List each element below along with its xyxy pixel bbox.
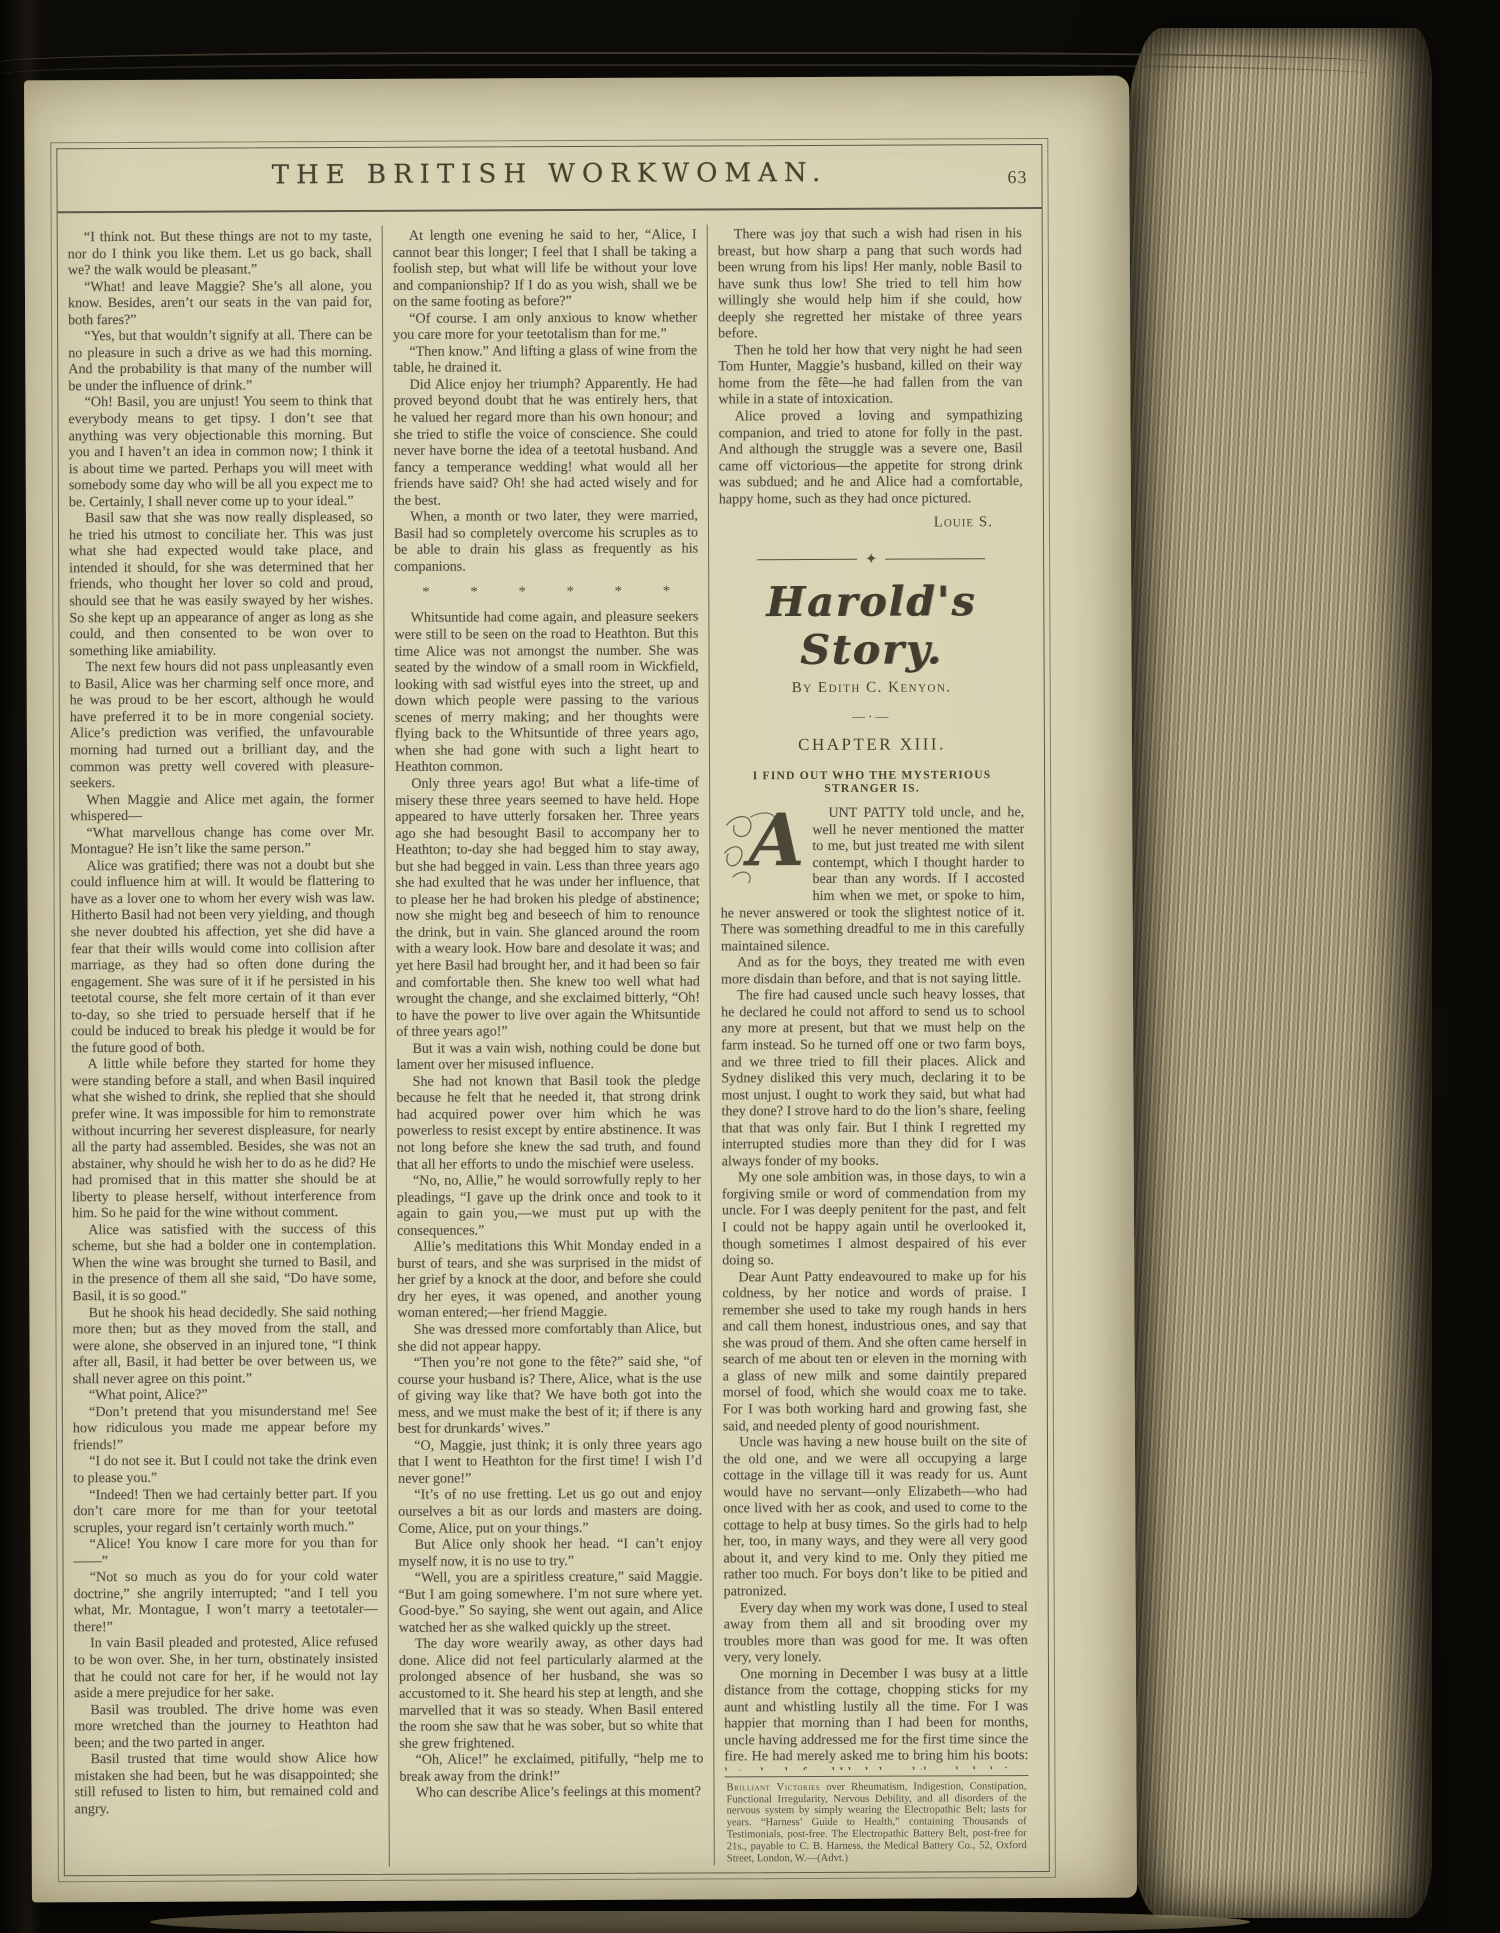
paragraph: “What point, Alice?”: [73, 1386, 377, 1404]
chapter-subtitle: I FIND OUT WHO THE MYSTERIOUS STRANGER I…: [720, 768, 1024, 795]
byline-divider: —·—: [720, 708, 1024, 725]
paragraph: And as for the boys, they treated me wit…: [721, 953, 1025, 987]
page-frame: THE BRITISH WORKWOMAN. 63 “I think not. …: [56, 144, 1050, 1876]
story-opening-paragraph: A UNT PATTY told uncle, and he, well he …: [720, 804, 1025, 954]
divider-line-left: [757, 558, 857, 560]
paragraph: A little while before they started for h…: [71, 1055, 376, 1222]
paragraph: “Not so much as you do for your cold wat…: [74, 1568, 378, 1636]
story-signature: Louie S.: [719, 506, 1023, 534]
story-title: Harold's Story.: [719, 577, 1023, 674]
paragraph: When, a month or two later, they were ma…: [394, 508, 698, 576]
paragraph: In vain Basil pleaded and protested, Ali…: [74, 1634, 378, 1702]
book-page: THE BRITISH WORKWOMAN. 63 “I think not. …: [24, 76, 1137, 1903]
column-3-text: There was joy that such a wish had risen…: [718, 225, 1029, 1770]
ornament-divider: ✦: [719, 549, 1023, 568]
asterisk: *: [663, 584, 671, 601]
paragraph: But he shook his head decidedly. She sai…: [72, 1303, 376, 1387]
asterisk: *: [470, 585, 478, 602]
paragraph: “It’s of no use fretting. Let us go out …: [398, 1486, 702, 1537]
paragraph: Basil saw that she was now really disple…: [69, 509, 374, 659]
paragraph: But it was a vain wish, nothing could be…: [396, 1039, 700, 1073]
paragraph: “Then you’re not gone to the fête?” said…: [398, 1354, 702, 1438]
masthead-rule: [58, 207, 1042, 213]
paragraph: The day wore wearily away, as other days…: [399, 1635, 704, 1752]
paragraph: “What marvellous change has come over Mr…: [70, 824, 374, 858]
paragraph: “Then know.” And lifting a glass of wine…: [393, 342, 697, 376]
drop-cap-ornament: A: [720, 807, 806, 891]
paragraph: “Don’t pretend that you misunderstand me…: [73, 1403, 377, 1454]
asterisk: *: [422, 585, 430, 602]
column-1: “I think not. But these things are not t…: [58, 222, 389, 1868]
chapter-heading: CHAPTER XIII.: [720, 734, 1024, 755]
advert-lead: Brilliant Victories: [726, 1782, 820, 1793]
paragraph: Uncle was having a new house built on th…: [723, 1433, 1028, 1600]
paragraph: Dear Aunt Patty endeavoured to make up f…: [722, 1268, 1027, 1435]
paragraph: “I do not see it. But I could not take t…: [73, 1452, 377, 1486]
paragraph: “Of course. I am only anxious to know wh…: [393, 309, 697, 343]
asterisk: *: [615, 584, 623, 601]
column-2-top: At length one evening he said to her, “A…: [393, 226, 699, 575]
paragraph: Alice was satisfied with the success of …: [72, 1221, 376, 1305]
paragraph: Alice was gratified; there was not a dou…: [70, 857, 375, 1057]
story-paragraphs: And as for the boys, they treated me wit…: [721, 953, 1029, 1770]
paragraph: The fire had caused uncle such heavy los…: [721, 986, 1026, 1169]
paragraph: “I think not. But these things are not t…: [68, 228, 372, 279]
paragraph: Then he told her how that very night he …: [718, 341, 1022, 409]
column-3-top: There was joy that such a wish had risen…: [718, 225, 1023, 508]
paragraph: She was dressed more comfortably than Al…: [397, 1320, 701, 1354]
advert: Brilliant Victories over Rheumatism, Ind…: [724, 1775, 1028, 1866]
column-2: At length one evening he said to her, “A…: [383, 220, 714, 1866]
book-fore-edge-pages: [1122, 28, 1432, 1918]
paragraph: “Alice! You know I care more for you tha…: [73, 1535, 377, 1569]
asterisk: *: [567, 585, 575, 602]
paragraph: At length one evening he said to her, “A…: [393, 226, 697, 310]
column-3: There was joy that such a wish had risen…: [708, 219, 1039, 1865]
paragraph: Who can describe Alice’s feelings at thi…: [399, 1784, 703, 1802]
text-columns: “I think not. But these things are not t…: [58, 219, 1049, 1868]
asterisk-separator: ******: [394, 574, 698, 610]
story-byline: By Edith C. Kenyon.: [720, 679, 1024, 697]
masthead-title: THE BRITISH WORKWOMAN.: [57, 157, 1041, 191]
paragraph: “O, Maggie, just think; it is only three…: [398, 1436, 702, 1487]
drop-cap-letter: A: [732, 801, 804, 879]
paragraph: “Oh, Alice!” he exclaimed, pitifully, “h…: [399, 1751, 703, 1785]
paragraph: Basil trusted that time would show Alice…: [74, 1750, 378, 1818]
advert-text: over Rheumatism, Indigestion, Constipati…: [727, 1781, 1027, 1865]
paragraph: My one sole ambition was, in those days,…: [722, 1168, 1026, 1269]
paragraph: “What! and leave Maggie? She’s all alone…: [68, 278, 372, 329]
paragraph: Basil was troubled. The drive home was e…: [74, 1701, 378, 1752]
paragraph: When Maggie and Alice met again, the for…: [70, 790, 374, 824]
paragraph: Did Alice enjoy her triumph? Apparently.…: [393, 375, 698, 509]
paragraph: Only three years ago! But what a life-ti…: [395, 774, 700, 1040]
paragraph: Allie’s meditations this Whit Monday end…: [397, 1238, 701, 1322]
paragraph: “No, no, Allie,” he would sorrowfully re…: [397, 1172, 701, 1240]
page-bottom-edge: [150, 1911, 1250, 1933]
paragraph: Every day when my work was done, I used …: [724, 1599, 1028, 1667]
page-number: 63: [1007, 167, 1027, 188]
paragraph: Alice proved a loving and sympathizing c…: [718, 407, 1022, 508]
four-point-star-icon: ✦: [865, 550, 878, 568]
paragraph: “Oh! Basil, you are unjust! You seem to …: [68, 393, 373, 510]
scanned-book-photo: THE BRITISH WORKWOMAN. 63 “I think not. …: [0, 0, 1500, 1933]
paragraph: She had not known that Basil took the pl…: [396, 1072, 700, 1173]
paragraph: “Yes, but that wouldn’t signify at all. …: [68, 327, 372, 395]
paragraph: The next few hours did not pass unpleasa…: [70, 658, 375, 792]
paragraph: But Alice only shook her head. “I can’t …: [398, 1536, 702, 1570]
column-2-bottom: Whitsuntide had come again, and pleasure…: [394, 609, 703, 1802]
paragraph: “Indeed! Then we had certainly better pa…: [73, 1485, 377, 1536]
paragraph: One morning in December I was busy at a …: [724, 1665, 1028, 1770]
asterisk: *: [518, 585, 526, 602]
paragraph: Whitsuntide had come again, and pleasure…: [394, 609, 699, 776]
divider-line-right: [885, 558, 985, 560]
shadow-right: [1410, 0, 1500, 1933]
paragraph: “Well, you are a spiritless creature,” s…: [399, 1569, 703, 1637]
paragraph: There was joy that such a wish had risen…: [718, 225, 1023, 342]
